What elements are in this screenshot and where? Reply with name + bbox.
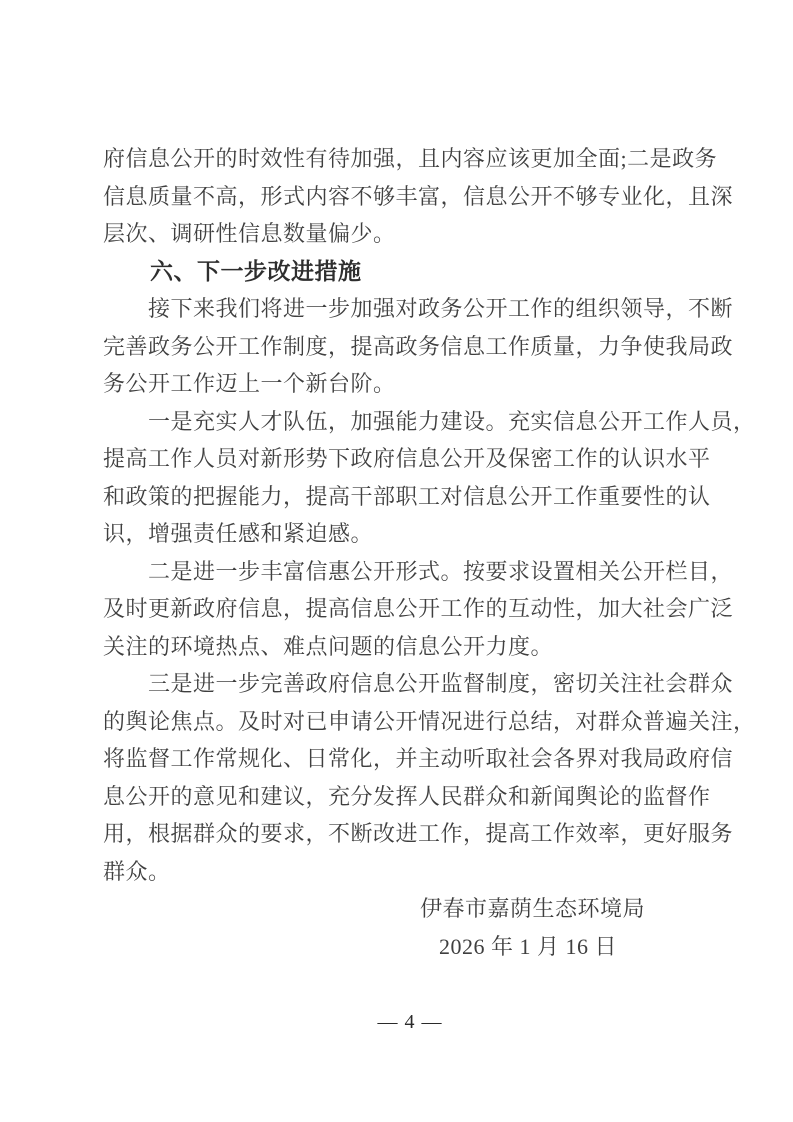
document-line: 层次、调研性信息数量偏少。 (103, 215, 717, 253)
document-line: 完善政务公开工作制度，提高政务信息工作质量，力争使我局政 (103, 328, 717, 366)
document-line: 提高工作人员对新形势下政府信息公开及保密工作的认识水平 (103, 440, 717, 478)
document-line: 信息质量不高，形式内容不够丰富，信息公开不够专业化，且深 (103, 178, 717, 216)
document-line: 用，根据群众的要求，不断改进工作，提高工作效率，更好服务 (103, 815, 717, 853)
document-lines: 府信息公开的时效性有待加强，且内容应该更加全面;二是政务信息质量不高，形式内容不… (103, 140, 717, 965)
signature-date: 2026 年 1 月 16 日 (103, 928, 717, 966)
document-line: 三是进一步完善政府信息公开监督制度，密切关注社会群众 (103, 665, 717, 703)
document-line: 群众。 (103, 853, 717, 891)
document-line: 的舆论焦点。及时对已申请公开情况进行总结，对群众普遍关注， (103, 703, 717, 741)
signature-agency: 伊春市嘉荫生态环境局 (103, 890, 717, 928)
document-line: 识，增强责任感和紧迫感。 (103, 515, 717, 553)
document-line: 一是充实人才队伍，加强能力建设。充实信息公开工作人员， (103, 403, 717, 441)
document-line: 府信息公开的时效性有待加强，且内容应该更加全面;二是政务 (103, 140, 717, 178)
page-number: — 4 — (103, 1011, 717, 1034)
document-line: 及时更新政府信息，提高信息公开工作的互动性，加大社会广泛 (103, 590, 717, 628)
document-page: 府信息公开的时效性有待加强，且内容应该更加全面;二是政务信息质量不高，形式内容不… (0, 0, 793, 1122)
document-line: 将监督工作常规化、日常化，并主动听取社会各界对我局政府信 (103, 740, 717, 778)
document-line: 二是进一步丰富信惠公开形式。按要求设置相关公开栏目， (103, 553, 717, 591)
section-heading: 六、下一步改进措施 (103, 253, 717, 291)
document-line: 和政策的把握能力，提高干部职工对信息公开工作重要性的认 (103, 478, 717, 516)
document-line: 关注的环境热点、难点问题的信息公开力度。 (103, 628, 717, 666)
document-line: 务公开工作迈上一个新台阶。 (103, 365, 717, 403)
document-line: 接下来我们将进一步加强对政务公开工作的组织领导，不断 (103, 290, 717, 328)
document-content: 府信息公开的时效性有待加强，且内容应该更加全面;二是政务信息质量不高，形式内容不… (103, 140, 717, 1034)
document-line: 息公开的意见和建议，充分发挥人民群众和新闻舆论的监督作 (103, 778, 717, 816)
